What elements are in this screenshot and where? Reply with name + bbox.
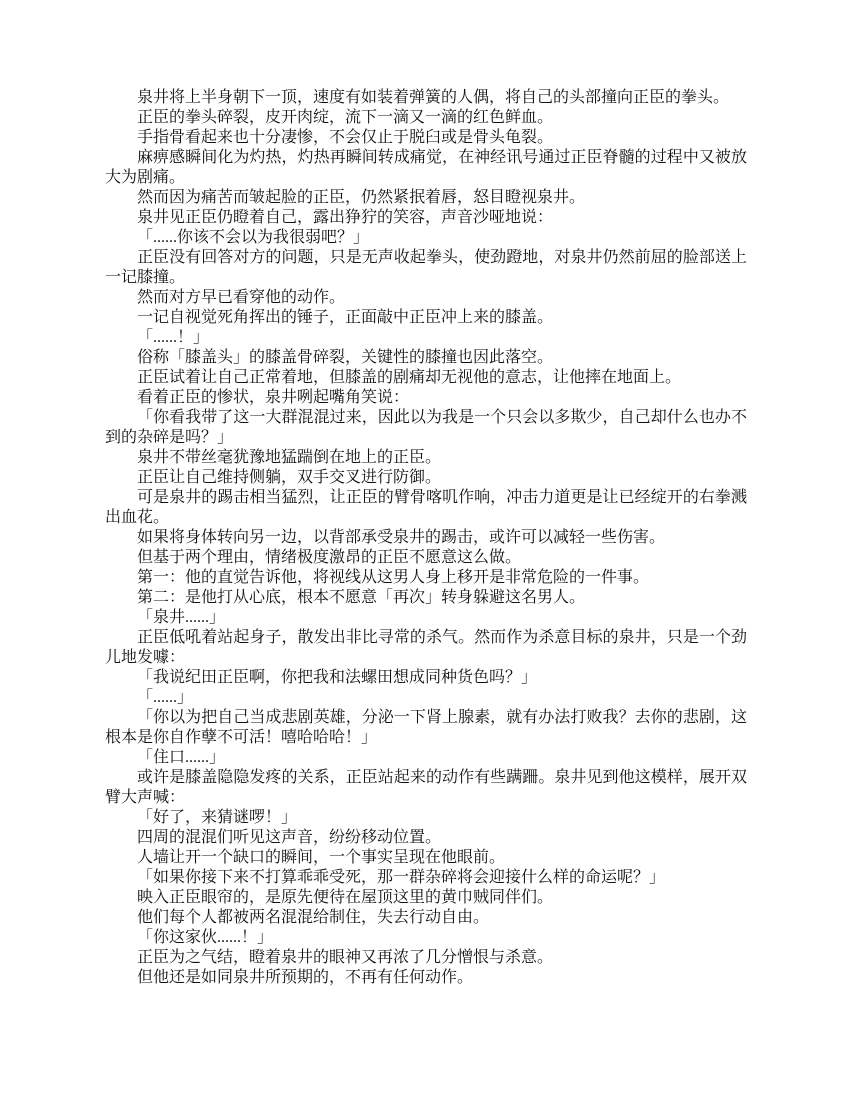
paragraph: 第一：他的直觉告诉他，将视线从这男人身上移开是非常危险的一件事。	[105, 568, 747, 588]
paragraph: 四周的混混们听见这声音，纷纷移动位置。	[105, 828, 747, 848]
paragraph: 「我说纪田正臣啊，你把我和法螺田想成同种货色吗？」	[105, 668, 747, 688]
paragraph: 「......你该不会以为我很弱吧？」	[105, 228, 747, 248]
paragraph: 正臣的拳头碎裂，皮开肉绽，流下一滴又一滴的红色鲜血。	[105, 108, 747, 128]
paragraph: 人墙让开一个缺口的瞬间，一个事实呈现在他眼前。	[105, 848, 747, 868]
paragraph: 第二：是他打从心底，根本不愿意「再次」转身躲避这名男人。	[105, 588, 747, 608]
paragraph: 泉井将上半身朝下一顶，速度有如装着弹簧的人偶，将自己的头部撞向正臣的拳头。	[105, 88, 747, 108]
paragraph: 俗称「膝盖头」的膝盖骨碎裂，关键性的膝撞也因此落空。	[105, 348, 747, 368]
paragraph: 正臣没有回答对方的问题，只是无声收起拳头，使劲蹬地，对泉井仍然前屈的脸部送上一记…	[105, 248, 747, 288]
paragraph: 「......！」	[105, 328, 747, 348]
paragraph: 映入正臣眼帘的，是原先便待在屋顶这里的黄巾贼同伴们。	[105, 888, 747, 908]
paragraph: 一记自视觉死角挥出的锤子，正面敲中正臣冲上来的膝盖。	[105, 308, 747, 328]
paragraph: 「如果你接下来不打算乖乖受死，那一群杂碎将会迎接什么样的命运呢？」	[105, 868, 747, 888]
paragraph: 正臣试着让自己正常着地，但膝盖的剧痛却无视他的意志，让他摔在地面上。	[105, 368, 747, 388]
paragraph: 「......」	[105, 688, 747, 708]
paragraph: 可是泉井的踢击相当猛烈，让正臣的臂骨喀叽作响，冲击力道更是让已经绽开的右拳溅出血…	[105, 488, 747, 528]
paragraph: 手指骨看起来也十分凄惨，不会仅止于脱臼或是骨头龟裂。	[105, 128, 747, 148]
paragraph: 他们每个人都被两名混混给制住，失去行动自由。	[105, 908, 747, 928]
paragraph: 麻痹感瞬间化为灼热，灼热再瞬间转成痛觉，在神经讯号通过正臣脊髓的过程中又被放大为…	[105, 148, 747, 188]
paragraph: 如果将身体转向另一边，以背部承受泉井的踢击，或许可以减轻一些伤害。	[105, 528, 747, 548]
paragraph: 正臣为之气结，瞪着泉井的眼神又再浓了几分憎恨与杀意。	[105, 948, 747, 968]
paragraph: 然而对方早已看穿他的动作。	[105, 288, 747, 308]
paragraph: 看着正臣的惨状，泉井咧起嘴角笑说：	[105, 388, 747, 408]
paragraph: 「你这家伙......！」	[105, 928, 747, 948]
paragraph: 然而因为痛苦而皱起脸的正臣，仍然紧抿着唇，怒目瞪视泉井。	[105, 188, 747, 208]
paragraph: 泉井见正臣仍瞪着自己，露出狰狞的笑容，声音沙哑地说：	[105, 208, 747, 228]
paragraph: 「好了，来猜谜啰！」	[105, 808, 747, 828]
paragraph: 「住口......」	[105, 748, 747, 768]
paragraph: 或许是膝盖隐隐发疼的关系，正臣站起来的动作有些蹒跚。泉井见到他这模样，展开双臂大…	[105, 768, 747, 808]
paragraph: 「你看我带了这一大群混混过来，因此以为我是一个只会以多欺少，自己却什么也办不到的…	[105, 408, 747, 448]
paragraph: 「泉井......」	[105, 608, 747, 628]
paragraph: 但他还是如同泉井所预期的，不再有任何动作。	[105, 968, 747, 988]
document-body: 泉井将上半身朝下一顶，速度有如装着弹簧的人偶，将自己的头部撞向正臣的拳头。正臣的…	[105, 88, 747, 988]
document-page: 泉井将上半身朝下一顶，速度有如装着弹簧的人偶，将自己的头部撞向正臣的拳头。正臣的…	[0, 0, 850, 1100]
paragraph: 但基于两个理由，情绪极度激昂的正臣不愿意这么做。	[105, 548, 747, 568]
paragraph: 正臣让自己维持侧躺，双手交叉进行防御。	[105, 468, 747, 488]
paragraph: 「你以为把自己当成悲剧英雄，分泌一下肾上腺素，就有办法打败我？去你的悲剧，这根本…	[105, 708, 747, 748]
paragraph: 泉井不带丝毫犹豫地猛踹倒在地上的正臣。	[105, 448, 747, 468]
paragraph: 正臣低吼着站起身子，散发出非比寻常的杀气。然而作为杀意目标的泉井，只是一个劲儿地…	[105, 628, 747, 668]
